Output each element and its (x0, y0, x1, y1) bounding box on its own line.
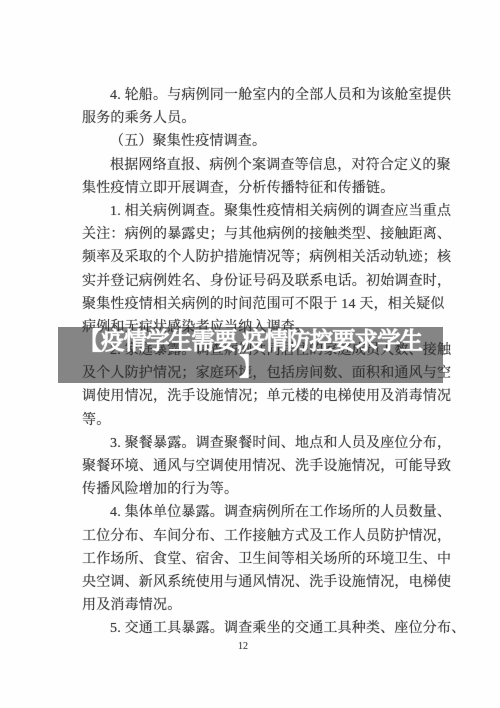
watermark-banner: 【疫情学生需要,疫情防控要求学生 】 (58, 327, 443, 383)
watermark-text-line2: 】 (239, 355, 262, 381)
text-line: 央空调、新风系统使用与通风情况、洗手设施情况，电梯使 (82, 571, 427, 594)
watermark-text-line1: 【疫情学生需要,疫情防控要求学生 (79, 329, 423, 355)
text-line: 3. 聚餐暴露。调查聚餐时间、地点和人员及座位分布， (82, 432, 427, 455)
text-line: 5. 交通工具暴露。调查乘坐的交通工具种类、座位分布、 (82, 617, 427, 640)
text-line: 4. 轮船。与病例同一舱室内的全部人员和为该舱室提供 (82, 84, 427, 107)
text-line: 等。 (82, 409, 427, 432)
text-line: 用及消毒情况。 (82, 594, 427, 617)
text-line: 关注：病例的暴露史；与其他病例的接触类型、接触距离、 (82, 223, 427, 246)
text-line: 1. 相关病例调查。聚集性疫情相关病例的调查应当重点 (82, 200, 427, 223)
page-number: 12 (82, 641, 404, 652)
text-line: 调使用情况，洗手设施情况；单元楼的电梯使用及消毒情况 (82, 385, 427, 408)
text-line: （五）聚集性疫情调查。 (82, 130, 427, 153)
text-line: 聚餐环境、通风与空调使用情况、洗手设施情况，可能导致 (82, 455, 427, 478)
text-line: 服务的乘务人员。 (82, 107, 427, 130)
text-line: 实并登记病例姓名、身份证号码及联系电话。初始调查时， (82, 270, 427, 293)
text-line: 工位分布、车间分布、工作接触方式及工作人员防护情况， (82, 525, 427, 548)
text-line: 集性疫情立即开展调查，分析传播特征和传播链。 (82, 177, 427, 200)
text-line: 根据网络直报、病例个案调查等信息，对符合定义的聚 (82, 154, 427, 177)
text-line: 4. 集体单位暴露。调查病例所在工作场所的人员数量、 (82, 501, 427, 524)
text-line: 传播风险增加的行为等。 (82, 478, 427, 501)
document-page: 4. 轮船。与病例同一舱室内的全部人员和为该舱室提供 服务的乘务人员。 （五）聚… (0, 0, 500, 708)
text-line: 频率及采取的个人防护措施情况等；病例相关活动轨迹；核 (82, 246, 427, 269)
text-line: 聚集性疫情相关病例的时间范围可不限于 14 天，相关疑似 (82, 293, 427, 316)
text-line: 工作场所、食堂、宿舍、卫生间等相关场所的环境卫生、中 (82, 548, 427, 571)
